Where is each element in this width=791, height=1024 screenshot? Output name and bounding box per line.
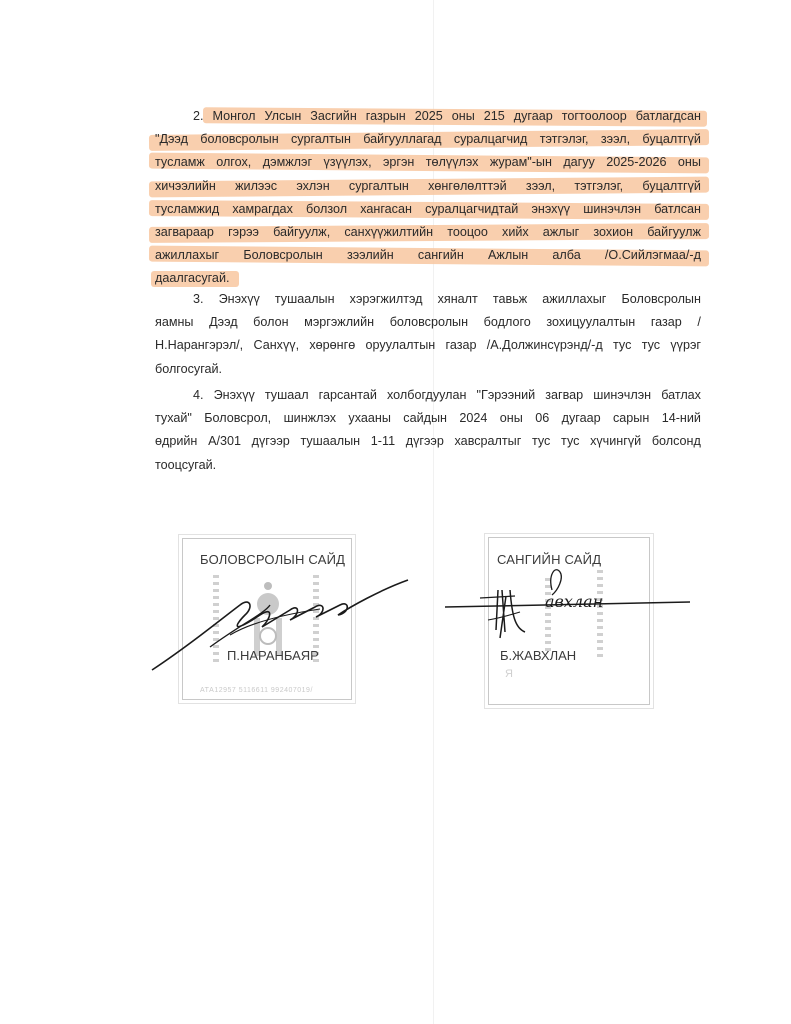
text-line: яамныДээдболонмэргэжлийнболовсролынбодло… <box>155 311 701 334</box>
text-line: "Дээдболовсролынсургалтынбайгууллагадсур… <box>155 128 701 151</box>
text-line: өдрийнА/301дүгээртушаалын1-11дүгээрхавср… <box>155 430 701 453</box>
text-line: тусламжолгох,дэмжлэгүзүүлэх,эргэнтөлүүлэ… <box>155 151 701 174</box>
stamp-mark: Я <box>505 668 513 680</box>
text-line: ажиллахыгБоловсролынзээлийнсангийнАжлына… <box>155 244 701 267</box>
svg-text:авхлан: авхлан <box>545 592 603 611</box>
stamp-serial-number: АТА12957 5116611 992407019/ <box>200 687 313 694</box>
handwritten-signature: авхлан <box>440 560 700 640</box>
text-line: тухай"Боловсрол,шинжлэхухаанысайдын2024о… <box>155 407 701 430</box>
text-line: Н.Нарангэрэл/,Санхүү,хөрөнгөоруулалтынга… <box>155 334 701 357</box>
handwritten-signature <box>150 575 410 675</box>
paragraph-3: 3.Энэхүүтушаалынхэрэгжилтэдхяналттавьжаж… <box>155 288 701 381</box>
paragraph-4: 4.Энэхүүтушаалгарсантайхолбогдуулан"Гэрэ… <box>155 384 701 477</box>
text-line: хичээлийнжилээсэхлэнсургалтынхөнгөлөлттэ… <box>155 175 701 198</box>
text-line: загварааргэрээбайгуулж,санхүүжилтийнтооц… <box>155 221 701 244</box>
paragraph-2: 2.МонголУлсынЗасгийнгазрын2025оны215дуга… <box>155 105 701 291</box>
text-line: 4.Энэхүүтушаалгарсантайхолбогдуулан"Гэрэ… <box>155 384 701 407</box>
signatory-name: Б.ЖАВХЛАН <box>500 648 576 663</box>
text-line: тусламжидхамрагдахболзолхангасансуралцаг… <box>155 198 701 221</box>
text-line: 3.Энэхүүтушаалынхэрэгжилтэдхяналттавьжаж… <box>155 288 701 311</box>
text-line: 2.МонголУлсынЗасгийнгазрын2025оны215дуга… <box>155 105 701 128</box>
text-line: болгосугай. <box>155 358 701 381</box>
text-line: тооцсугай. <box>155 454 701 477</box>
signatory-title: БОЛОВСРОЛЫН САЙД <box>200 552 345 567</box>
